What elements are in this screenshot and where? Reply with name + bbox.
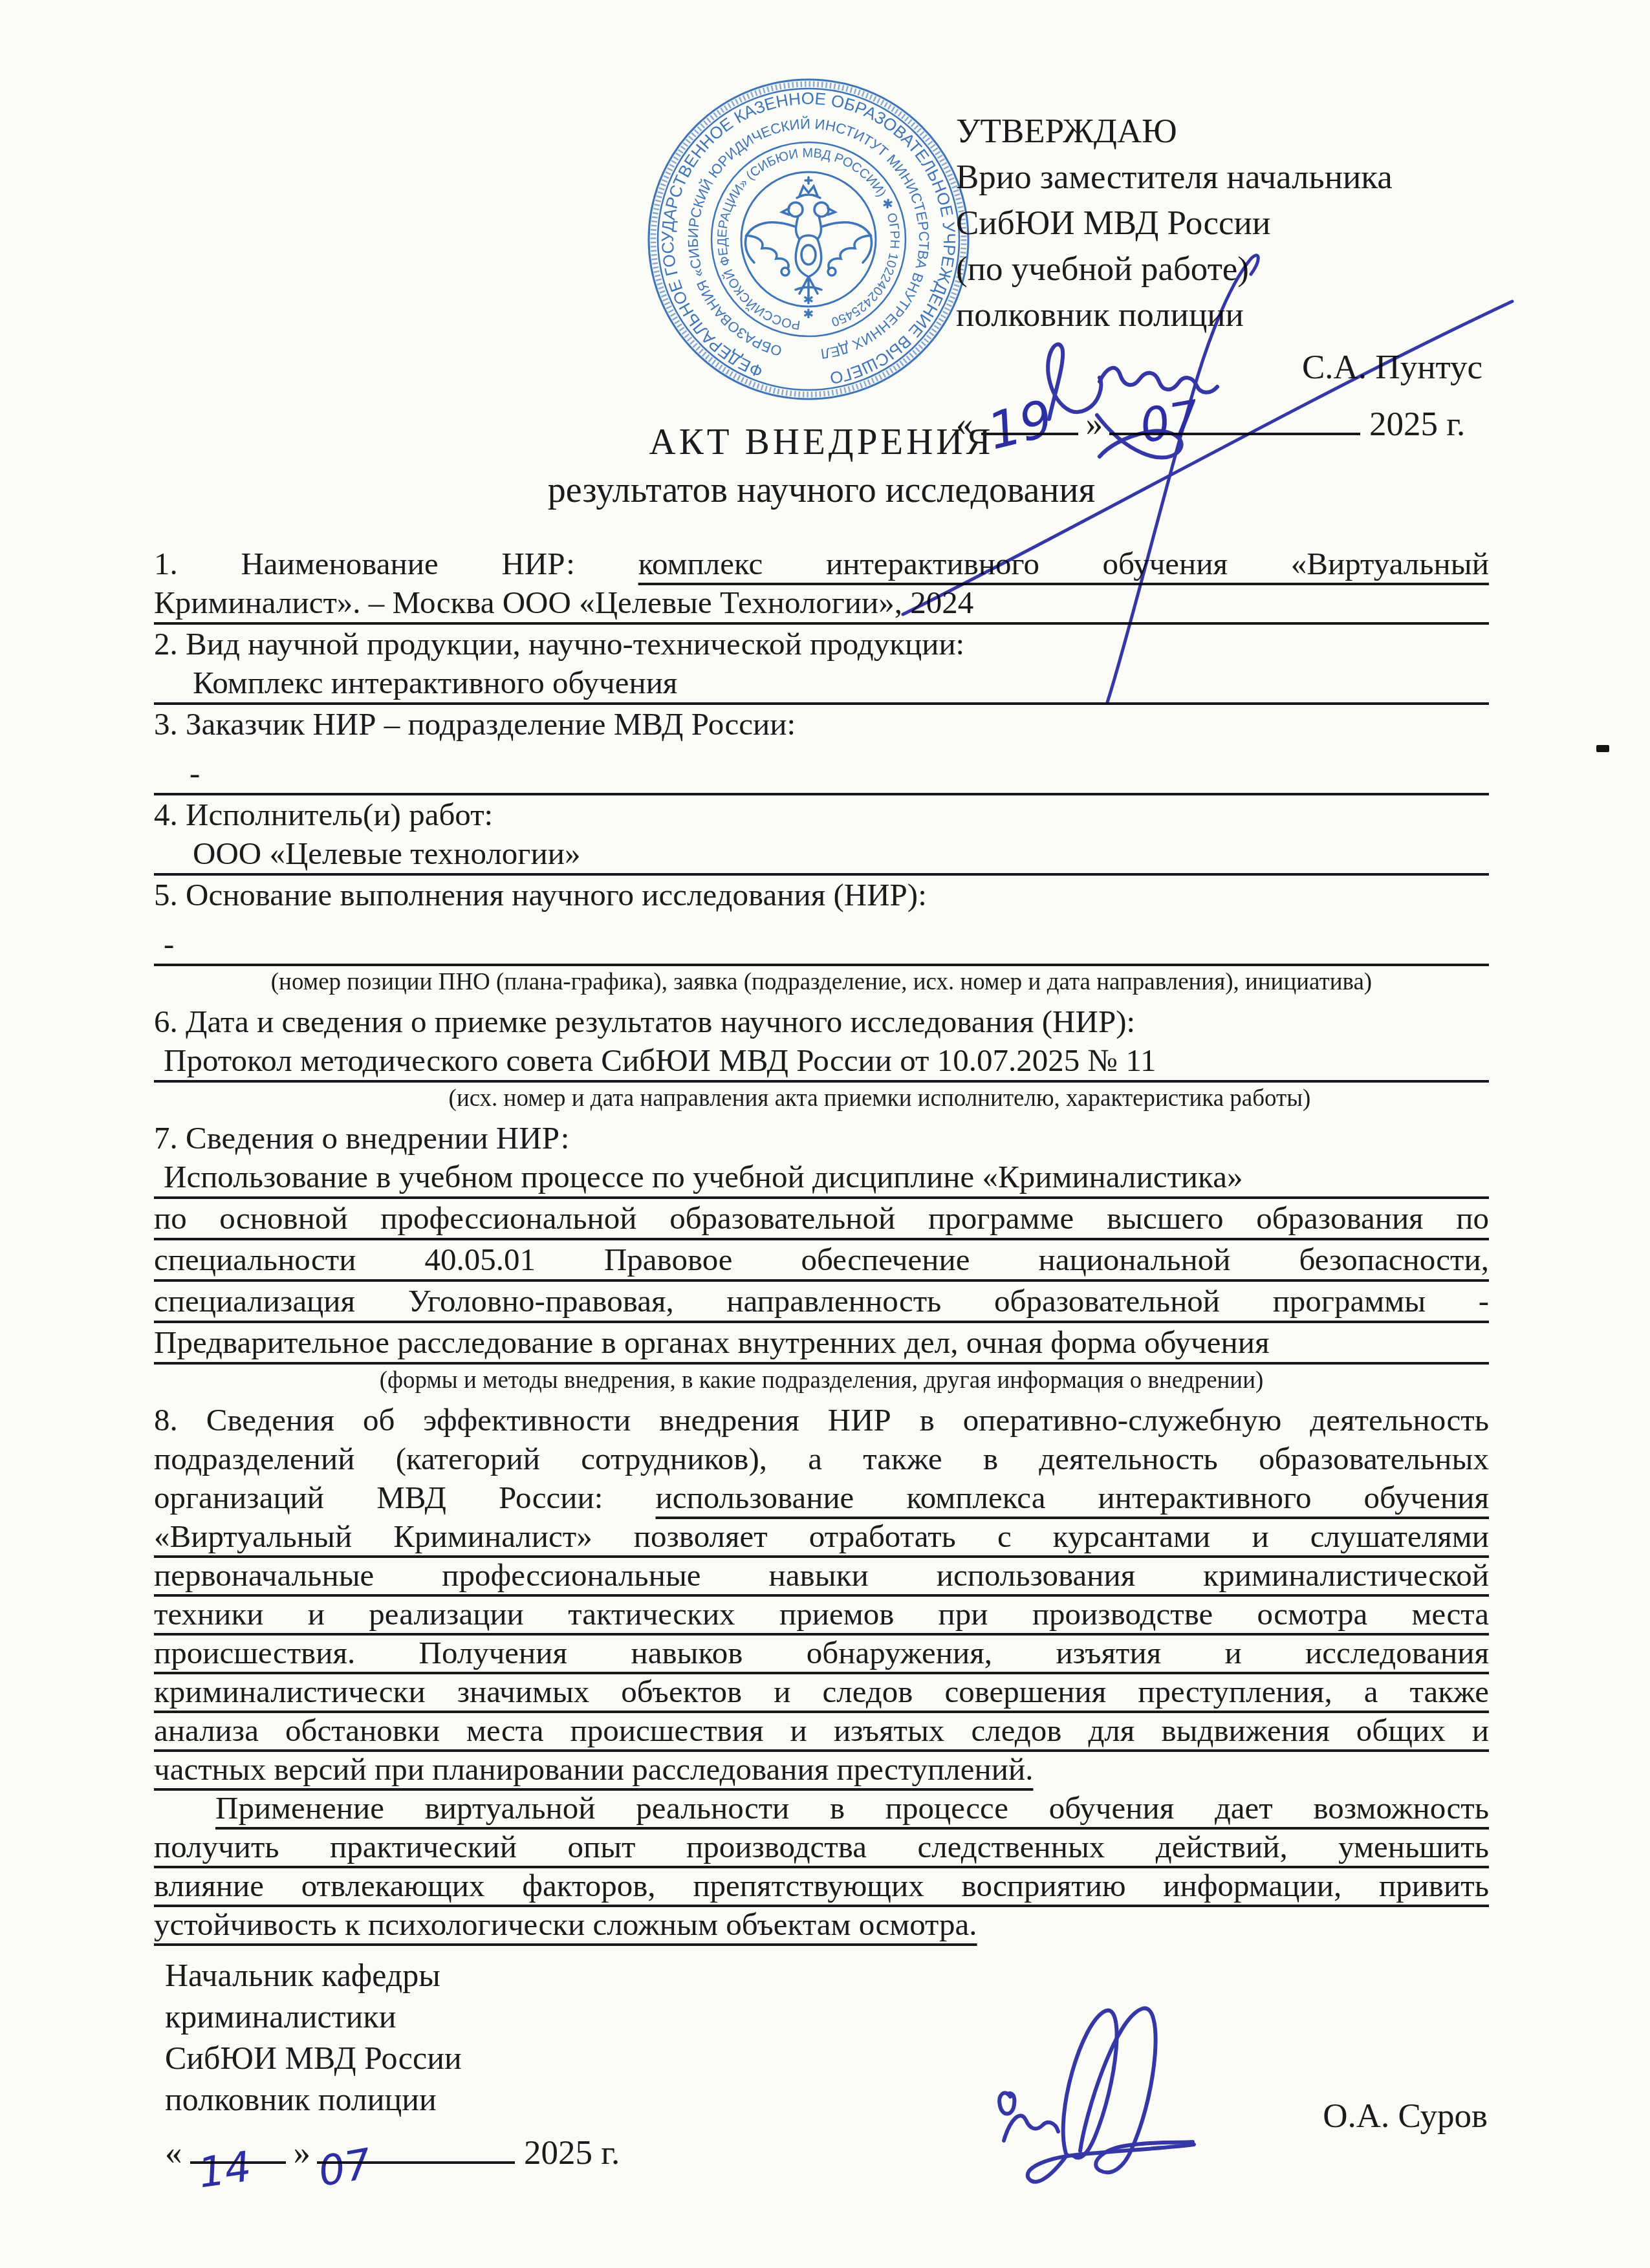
body-line: Протокол методического совета СибЮИ МВД …: [154, 1041, 1489, 1083]
body-line: влияние отвлекающих факторов, препятству…: [154, 1866, 1489, 1905]
line-text: (исх. номер и дата направления акта прие…: [449, 1085, 1311, 1112]
body-line: 2. Вид научной продукции, научно-техниче…: [154, 625, 1489, 664]
body-line: криминалистически значимых объектов и сл…: [154, 1672, 1489, 1711]
line-text: по основной профессиональной образовател…: [154, 1200, 1489, 1236]
body-line: специализация Уголовно-правовая, направл…: [154, 1282, 1489, 1323]
line-text: Протокол методического совета СибЮИ МВД …: [164, 1042, 1156, 1078]
line-text: 3. Заказчик НИР – подразделение МВД Росс…: [154, 706, 796, 742]
line-text: -: [164, 926, 174, 962]
body-line: организаций МВД России: использование ко…: [154, 1478, 1489, 1517]
line-text: 5. Основание выполнения научного исследо…: [154, 877, 927, 913]
line-underlined-text: использование комплекса интерактивного о…: [656, 1480, 1490, 1515]
body-line: 6. Дата и сведения о приемке результатов…: [154, 1002, 1489, 1041]
body-line: 5. Основание выполнения научного исследо…: [154, 876, 1489, 914]
body-line: Предварительное расследование в органах …: [154, 1323, 1489, 1365]
body-line: (формы и методы внедрения, в какие подра…: [154, 1365, 1489, 1401]
line-text: специальности 40.05.01 Правовое обеспече…: [154, 1242, 1489, 1277]
month-blank-line: [317, 2128, 515, 2164]
body-line: 3. Заказчик НИР – подразделение МВД Росс…: [154, 705, 1489, 744]
closing-year: 2025 г.: [524, 2134, 620, 2172]
line-text: 6. Дата и сведения о приемке результатов…: [154, 1004, 1135, 1039]
line-text: Предварительное расследование в органах …: [154, 1324, 1269, 1360]
quote-open: «: [165, 2134, 182, 2172]
body-line: техники и реализации тактических приемов…: [154, 1595, 1489, 1634]
approver-name: С.А. Пунтус: [956, 343, 1492, 391]
quote-close: »: [294, 2134, 311, 2172]
body-line: 7. Сведения о внедрении НИР:: [154, 1119, 1489, 1158]
line-text: Криминалист». – Москва ООО «Целевые Техн…: [154, 585, 973, 620]
seal-ring-outer-text: ФЕДЕРАЛЬНОЕ ГОСУДАРСТВЕННОЕ КАЗЕННОЕ ОБР…: [658, 89, 959, 388]
double-eagle-emblem-icon: [746, 177, 872, 296]
line-text: Использование в учебном процессе по учеб…: [164, 1159, 1243, 1194]
body-line: (номер позиции ПНО (плана-графика), заяв…: [154, 966, 1489, 1002]
approval-line: СибЮИ МВД России: [956, 200, 1492, 246]
line-underlined-text: Применение виртуальной реальности в проц…: [215, 1790, 1489, 1826]
closing-line: СибЮИ МВД России: [165, 2037, 941, 2079]
body-line: 4. Исполнитель(и) работ:: [154, 795, 1489, 834]
line-text: специализация Уголовно-правовая, направл…: [154, 1283, 1489, 1319]
line-underlined-text: комплекс интерактивного обучения «Виртуа…: [638, 546, 1489, 581]
approval-date-row: «»2025 г.: [956, 399, 1492, 446]
body-line: -: [154, 925, 1489, 966]
body-line: первоначальные профессиональные навыки и…: [154, 1556, 1489, 1595]
body-line: происшествия. Получения навыков обнаруже…: [154, 1634, 1489, 1672]
line-underlined-text: техники и реализации тактических приемов…: [154, 1596, 1489, 1632]
round-seal-stamp: ФЕДЕРАЛЬНОЕ ГОСУДАРСТВЕННОЕ КАЗЕННОЕ ОБР…: [633, 63, 995, 426]
body-line: Использование в учебном процессе по учеб…: [154, 1158, 1489, 1199]
body-line: получить практический опыт производства …: [154, 1828, 1489, 1866]
line-text: 8. Сведения об эффективности внедрения Н…: [154, 1402, 1489, 1438]
approval-year: 2025 г.: [1369, 405, 1465, 443]
document-subtitle: результатов научного исследования: [154, 467, 1489, 513]
body-line: (исх. номер и дата направления акта прие…: [154, 1083, 1489, 1119]
approval-line: Врио заместителя начальника: [956, 155, 1492, 200]
body-line: анализа обстановки места происшествия и …: [154, 1711, 1489, 1750]
line-text: (формы и методы внедрения, в какие подра…: [380, 1367, 1264, 1394]
body-line: подразделений (категорий сотрудников), а…: [154, 1440, 1489, 1478]
body-line: 1. Наименование НИР: комплекс интерактив…: [154, 545, 1489, 583]
day-blank-line: [981, 399, 1078, 435]
line-text: организаций МВД России:: [154, 1480, 656, 1515]
line-underlined-text: получить практический опыт производства …: [154, 1829, 1489, 1864]
approval-heading: УТВЕРЖДАЮ: [956, 109, 1492, 155]
document-page: ФЕДЕРАЛЬНОЕ ГОСУДАРСТВЕННОЕ КАЗЕННОЕ ОБР…: [0, 0, 1650, 2268]
line-text: -: [190, 755, 200, 791]
day-blank-line: [190, 2128, 286, 2164]
line-underlined-text: частных версий при планировании расследо…: [154, 1751, 1033, 1787]
body-line: по основной профессиональной образовател…: [154, 1199, 1489, 1240]
line-text: 4. Исполнитель(и) работ:: [154, 797, 493, 832]
approval-block: УТВЕРЖДАЮ Врио заместителя начальника Си…: [956, 109, 1492, 446]
line-underlined-text: происшествия. Получения навыков обнаруже…: [154, 1635, 1489, 1670]
closing-line: Начальник кафедры: [165, 1954, 941, 1996]
line-text: 7. Сведения о внедрении НИР:: [154, 1120, 569, 1156]
line-text: подразделений (категорий сотрудников), а…: [154, 1441, 1489, 1476]
seal-star-icon: ✱: [803, 307, 814, 321]
line-text: 2. Вид научной продукции, научно-техниче…: [154, 626, 964, 662]
month-blank-line: [1109, 399, 1360, 435]
approval-line: (по учебной работе): [956, 246, 1492, 292]
body-line: Комплекс интерактивного обучения: [154, 664, 1489, 705]
body-line: ООО «Целевые технологии»: [154, 834, 1489, 876]
closing-block: Начальник кафедры криминалистики СибЮИ М…: [165, 1954, 941, 2174]
quote-open: «: [956, 405, 973, 443]
line-text: Комплекс интерактивного обучения: [193, 665, 677, 700]
closing-line: полковник полиции: [165, 2079, 941, 2120]
body-line: 8. Сведения об эффективности внедрения Н…: [154, 1401, 1489, 1440]
line-text: 1. Наименование НИР:: [154, 546, 638, 581]
form-body: 1. Наименование НИР: комплекс интерактив…: [154, 545, 1489, 1944]
closing-line: криминалистики: [165, 1996, 941, 2037]
body-line: устойчивость к психологически сложным об…: [154, 1905, 1489, 1944]
scan-speck-artifact: [1596, 745, 1609, 752]
body-line: частных версий при планировании расследо…: [154, 1750, 1489, 1789]
line-text: ООО «Целевые технологии»: [193, 836, 580, 871]
body-line: специальности 40.05.01 Правовое обеспече…: [154, 1240, 1489, 1282]
body-line: -: [154, 754, 1489, 795]
line-underlined-text: анализа обстановки места происшествия и …: [154, 1712, 1489, 1748]
body-line: Криминалист». – Москва ООО «Целевые Техн…: [154, 583, 1489, 625]
line-underlined-text: «Виртуальный Криминалист» позволяет отра…: [154, 1518, 1489, 1554]
line-text: (номер позиции ПНО (плана-графика), заяв…: [271, 969, 1372, 995]
closing-date-row: «»2025 г.: [165, 2128, 941, 2174]
line-underlined-text: первоначальные профессиональные навыки и…: [154, 1557, 1489, 1593]
quote-close: »: [1086, 405, 1103, 443]
line-underlined-text: устойчивость к психологически сложным об…: [154, 1906, 977, 1942]
seal-star-icon: ✱: [803, 293, 814, 307]
line-underlined-text: влияние отвлекающих факторов, препятству…: [154, 1868, 1489, 1903]
body-line: Применение виртуальной реальности в проц…: [154, 1789, 1489, 1828]
signer-name: О.А. Суров: [1100, 2095, 1488, 2137]
body-line: «Виртуальный Криминалист» позволяет отра…: [154, 1517, 1489, 1556]
approval-line: полковник полиции: [956, 292, 1492, 338]
line-underlined-text: криминалистически значимых объектов и сл…: [154, 1674, 1489, 1709]
